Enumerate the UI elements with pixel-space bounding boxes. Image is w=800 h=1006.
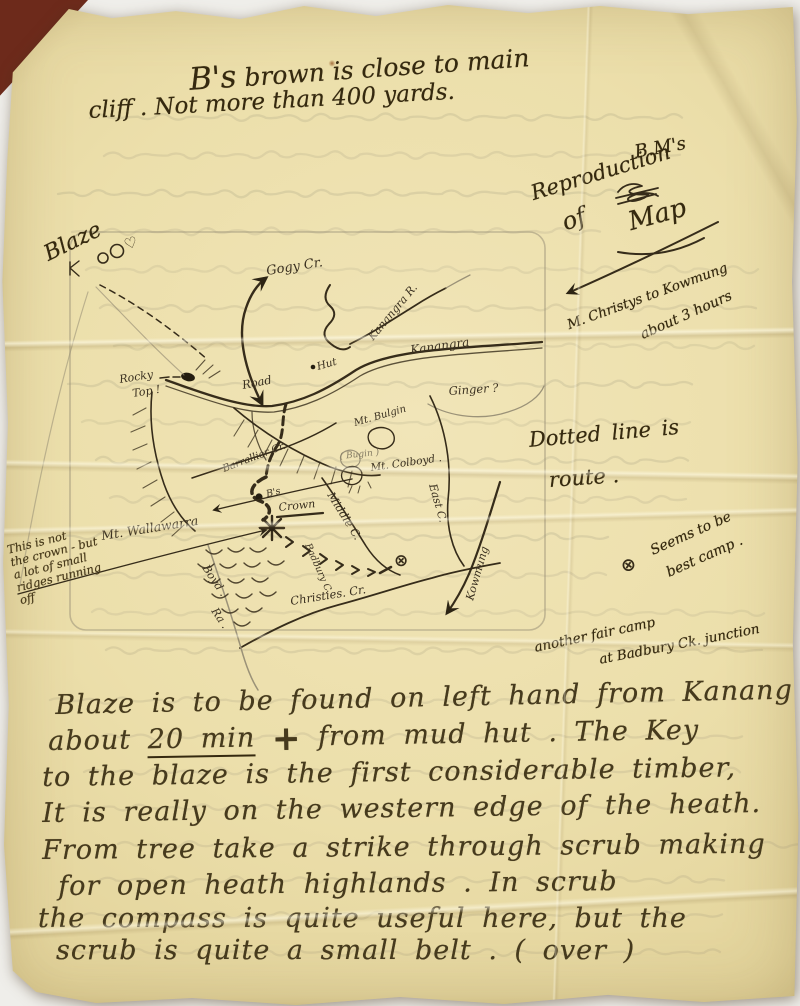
rocky-spur-hatching: [196, 360, 220, 378]
body-line-8: scrub is quite a small belt . ( over ): [56, 935, 635, 966]
label-crown: Crown: [278, 497, 316, 514]
bulgin-hill-outline: [368, 428, 394, 449]
paper-wrap: Gogy Cr. Kanangra R. Kanangra Ginger ? H…: [0, 0, 800, 1006]
cross-mark: +: [272, 719, 302, 760]
star-burst-center: [269, 525, 275, 531]
label-gogy-cr: Gogy Cr.: [265, 255, 324, 279]
route-note-line2: route .: [548, 463, 620, 492]
colboyd-hill-hatching: [349, 482, 371, 493]
body-line-6: for open heath highlands . In scrub: [58, 866, 618, 902]
colboyd-hill-outline: [342, 466, 363, 484]
label-kanangra-r: Kanangra R.: [365, 281, 420, 343]
blaze-solid-pointer: [96, 287, 184, 375]
label-mt-colboyd: Mt. Colboyd .: [369, 452, 443, 474]
body-line-2-post: from mud hut . The Key: [318, 715, 700, 753]
label-rocky-top-2: Top !: [131, 383, 161, 400]
label-road: Road: [240, 373, 273, 393]
road-line-2: [166, 348, 542, 412]
legend-circled-x-symbol: ⊗: [619, 554, 638, 577]
label-bugin-pencil: ( Bugin ): [339, 447, 380, 462]
blaze-circle-1: [98, 253, 108, 263]
rocky-top-dashes: [160, 377, 180, 378]
blaze-dashed-pointer: [100, 285, 208, 360]
heart-symbol: ♡: [122, 233, 140, 254]
map-circled-x-symbol: ⊗: [394, 551, 408, 571]
label-bs: B's: [264, 486, 282, 500]
crown-underline: [277, 513, 323, 517]
map-word-underline: [618, 238, 704, 254]
body-line-5: From tree take a strike through scrub ma…: [42, 829, 766, 866]
route-chevrons: [286, 537, 375, 576]
blaze-circle-2: [111, 245, 124, 258]
ridge-line-2: [151, 392, 195, 531]
body-line-2-pre: about: [48, 725, 131, 757]
top-river: [324, 285, 350, 349]
paper-sheet: Gogy Cr. Kanangra R. Kanangra Ginger ? H…: [0, 0, 800, 1006]
label-mt-bulgin: Mt. Bulgin: [352, 404, 408, 430]
label-ra: Ra .: [208, 605, 232, 631]
kanangra-river-tail: [446, 275, 470, 288]
body-line-2-underlined: 20 min: [147, 722, 255, 758]
label-hut: Hut: [315, 356, 339, 374]
label-east-c: East C.: [426, 481, 450, 524]
label-ginger: Ginger ?: [448, 380, 499, 397]
blaze-k-mark: [70, 261, 79, 276]
body-line-7: the compass is quite useful here, but th…: [38, 903, 687, 934]
scanned-page: Gogy Cr. Kanangra R. Kanangra Ginger ? H…: [0, 0, 800, 1006]
hut-dot: [311, 365, 316, 370]
